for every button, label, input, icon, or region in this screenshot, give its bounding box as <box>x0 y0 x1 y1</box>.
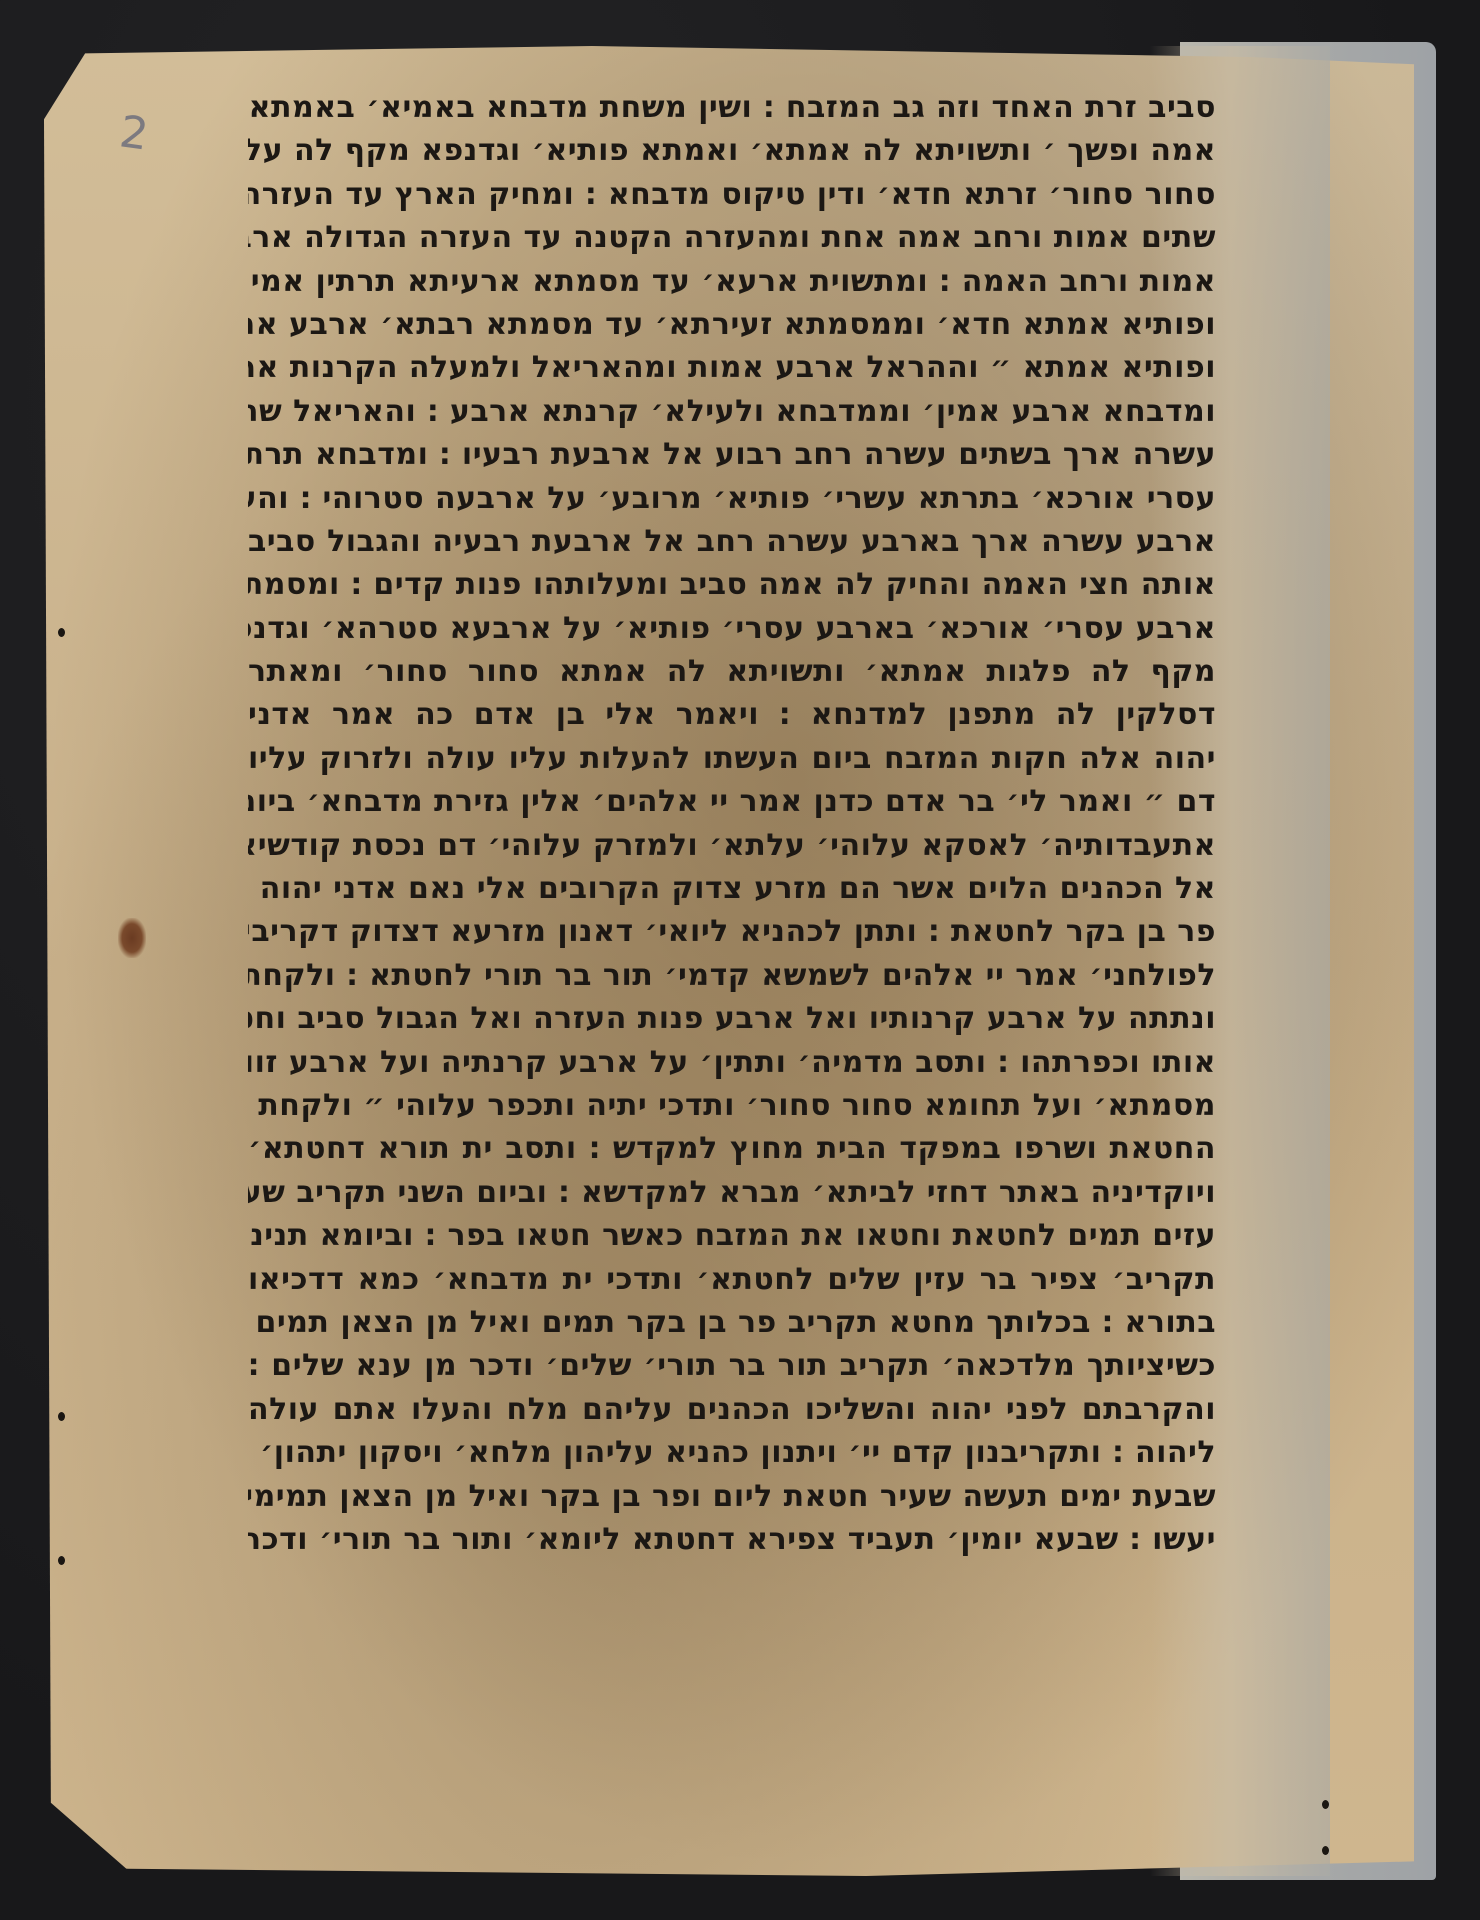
text-line: ארבע עסרי׳ אורכא׳ בארבע עסרי׳ פותיא׳ על … <box>248 607 1216 650</box>
text-line: ליהוה ׃ ותקריבנון קדם יי׳ ויתנון כהניא ע… <box>248 1431 1216 1474</box>
text-line: פר בן בקר לחטאת ׃ ותתן לכהניא ליואי׳ דאנ… <box>248 910 1216 953</box>
text-line: אותו וכפרתהו ׃ ותסב מדמיה׳ ותתין׳ על ארב… <box>248 1041 1216 1084</box>
text-line: סחור סחור׳ זרתא חדא׳ ודין טיקוס מדבחא ׃ … <box>248 173 1216 216</box>
text-line: יהוה אלה חקות המזבח ביום העשתו להעלות על… <box>248 737 1216 780</box>
text-line: דסלקין לה מתפנן למדנחא ׃ ויאמר אלי בן אד… <box>248 693 1216 736</box>
text-line: ויוקדיניה באתר דחזי לביתא׳ מברא למקדשא ׃… <box>248 1171 1216 1214</box>
text-line: שתים אמות ורחב אמה אחת ומהעזרה הקטנה עד … <box>248 216 1216 259</box>
text-line: אותה חצי האמה והחיק לה אמה סביב ומעלותהו… <box>248 563 1216 606</box>
text-line: שבעת ימים תעשה שעיר חטאת ליום ופר בן בקר… <box>248 1475 1216 1518</box>
text-line: תקריב׳ צפיר בר עזין שלים לחטתא׳ ותדכי ית… <box>248 1258 1216 1301</box>
text-line: אמה ופשך ׳ ותשויתא לה אמתא׳ ואמתא פותיא׳… <box>248 129 1216 172</box>
brown-stain-mark <box>118 918 146 958</box>
text-line: מסמתא׳ ועל תחומא סחור סחור׳ ותדכי יתיה ו… <box>248 1084 1216 1127</box>
text-line: לפולחני׳ אמר יי אלהים לשמשא קדמי׳ תור בר… <box>248 954 1216 997</box>
text-line: ונתתה על ארבע קרנותיו ואל ארבע פנות העזר… <box>248 997 1216 1040</box>
text-line: עזים תמים לחטאת וחטאו את המזבח כאשר חטאו… <box>248 1214 1216 1257</box>
text-line: עסרי אורכא׳ בתרתא עשרי׳ פותיא׳ מרובע׳ על… <box>248 477 1216 520</box>
text-line: מקף לה פלגות אמתא׳ ותשויתא לה אמתא סחור … <box>248 650 1216 693</box>
margin-dot <box>58 628 65 637</box>
margin-dot <box>1322 1846 1329 1855</box>
text-line: סביב זרת האחד וזה גב המזבח ׃ ושין משחת מ… <box>248 86 1216 129</box>
text-line: ומדבחא ארבע אמין׳ וממדבחא ולעילא׳ קרנתא … <box>248 390 1216 433</box>
text-line: ופותיא אמתא חדא׳ וממסמתא זעירתא׳ עד מסמת… <box>248 303 1216 346</box>
text-line: כשיציותך מלדכאה׳ תקריב תור בר תורי׳ שלים… <box>248 1344 1216 1387</box>
text-line: בתורא ׃ בכלותך מחטא תקריב פר בן בקר תמים… <box>248 1301 1216 1344</box>
text-line: עשרה ארך בשתים עשרה רחב רבוע אל ארבעת רב… <box>248 433 1216 476</box>
text-line: אמות ורחב האמה ׃ ומתשוית ארעא׳ עד מסמתא … <box>248 260 1216 303</box>
text-line: ארבע עשרה ארך בארבע עשרה רחב אל ארבעת רב… <box>248 520 1216 563</box>
text-line: החטאת ושרפו במפקד הבית מחוץ למקדש ׃ ותסב… <box>248 1127 1216 1170</box>
text-line: אל הכהנים הלוים אשר הם מזרע צדוק הקרובים… <box>248 867 1216 910</box>
text-line: ופותיא אמתא ״ וההראל ארבע אמות ומהאריאל … <box>248 346 1216 389</box>
margin-dot <box>58 1412 65 1421</box>
manuscript-text-block: סביב זרת האחד וזה גב המזבח ׃ ושין משחת מ… <box>248 86 1216 1561</box>
text-line: אתעבדותיה׳ לאסקא עלוהי׳ עלתא׳ ולמזרק עלו… <box>248 824 1216 867</box>
margin-dot <box>1322 1800 1329 1809</box>
text-line: דם ״ ואמר לי׳ בר אדם כדנן אמר יי אלהים׳ … <box>248 780 1216 823</box>
text-line: יעשו ׃ שבעא יומין׳ תעביד צפירא דחטתא ליו… <box>248 1518 1216 1561</box>
text-line: והקרבתם לפני יהוה והשליכו הכהנים עליהם מ… <box>248 1388 1216 1431</box>
margin-dot <box>58 1556 65 1565</box>
